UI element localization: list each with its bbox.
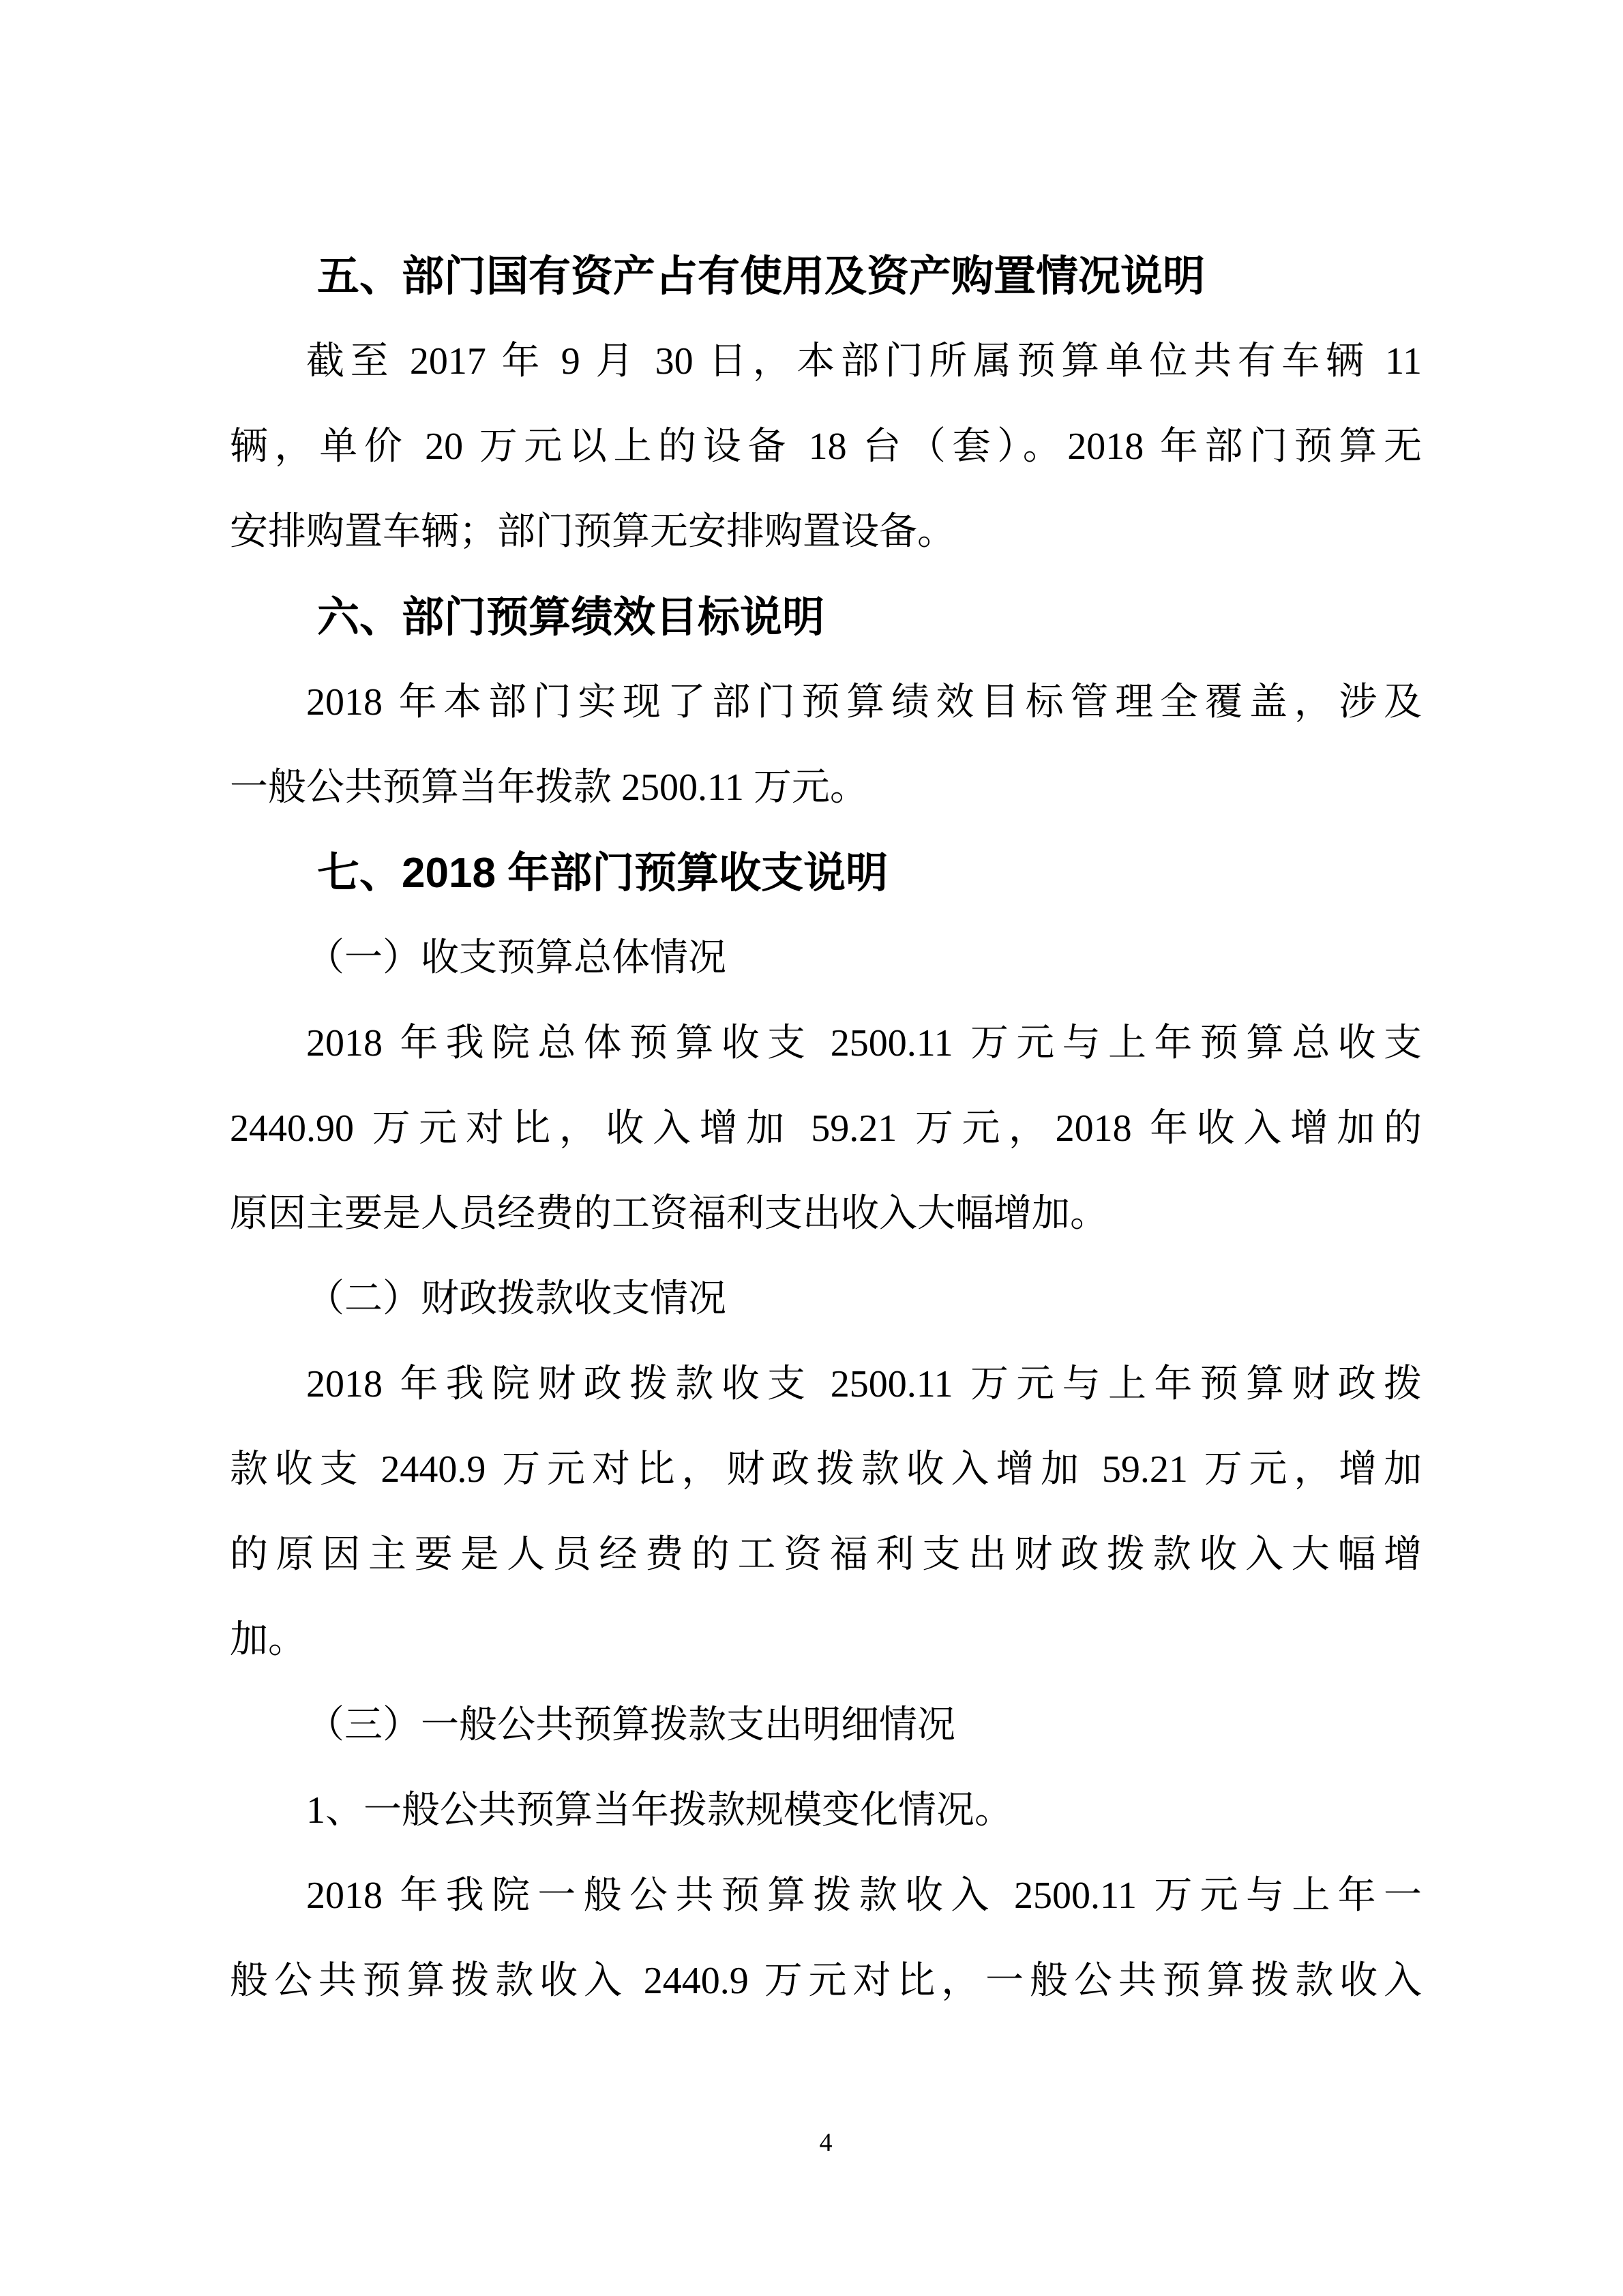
paragraph-line: 的原因主要是人员经费的工资福利支出财政拨款收入大幅增	[230, 1512, 1422, 1598]
document-page: 五、部门国有资产占有使用及资产购置情况说明 截至 2017 年 9 月 30 日…	[0, 0, 1623, 2296]
paragraph-line: 2018 年我院总体预算收支 2500.11 万元与上年预算总收支	[230, 1001, 1422, 1086]
paragraph-line: 般公共预算拨款收入 2440.9 万元对比，一般公共预算拨款收入	[230, 1939, 1422, 2024]
document-body: 五、部门国有资产占有使用及资产购置情况说明 截至 2017 年 9 月 30 日…	[230, 234, 1422, 2024]
paragraph-line: 辆，单价 20 万元以上的设备 18 台（套）。2018 年部门预算无	[230, 404, 1422, 490]
list-item-1: 1、一般公共预算当年拨款规模变化情况。	[230, 1768, 1422, 1853]
paragraph-line: 加。	[230, 1598, 1422, 1683]
paragraph-line: 2018 年本部门实现了部门预算绩效目标管理全覆盖，涉及	[230, 660, 1422, 745]
subsection-heading-2: （二）财政拨款收支情况	[230, 1257, 1422, 1342]
paragraph-line: 一般公共预算当年拨款 2500.11 万元。	[230, 745, 1422, 831]
section-heading-6: 六、部门预算绩效目标说明	[230, 575, 1422, 660]
paragraph-line: 截至 2017 年 9 月 30 日，本部门所属预算单位共有车辆 11	[230, 319, 1422, 404]
subsection-heading-3: （三）一般公共预算拨款支出明细情况	[230, 1683, 1422, 1768]
section-heading-7: 七、2018 年部门预算收支说明	[230, 831, 1422, 916]
paragraph-line: 2018 年我院一般公共预算拨款收入 2500.11 万元与上年一	[230, 1853, 1422, 1939]
paragraph-line: 2018 年我院财政拨款收支 2500.11 万元与上年预算财政拨	[230, 1342, 1422, 1427]
paragraph-line: 款收支 2440.9 万元对比，财政拨款收入增加 59.21 万元，增加	[230, 1427, 1422, 1512]
paragraph-line: 安排购置车辆；部门预算无安排购置设备。	[230, 490, 1422, 575]
section-heading-5: 五、部门国有资产占有使用及资产购置情况说明	[230, 234, 1422, 319]
paragraph-line: 原因主要是人员经费的工资福利支出收入大幅增加。	[230, 1172, 1422, 1257]
subsection-heading-1: （一）收支预算总体情况	[230, 916, 1422, 1001]
page-number: 4	[230, 2100, 1422, 2186]
paragraph-line: 2440.90 万元对比，收入增加 59.21 万元，2018 年收入增加的	[230, 1086, 1422, 1172]
